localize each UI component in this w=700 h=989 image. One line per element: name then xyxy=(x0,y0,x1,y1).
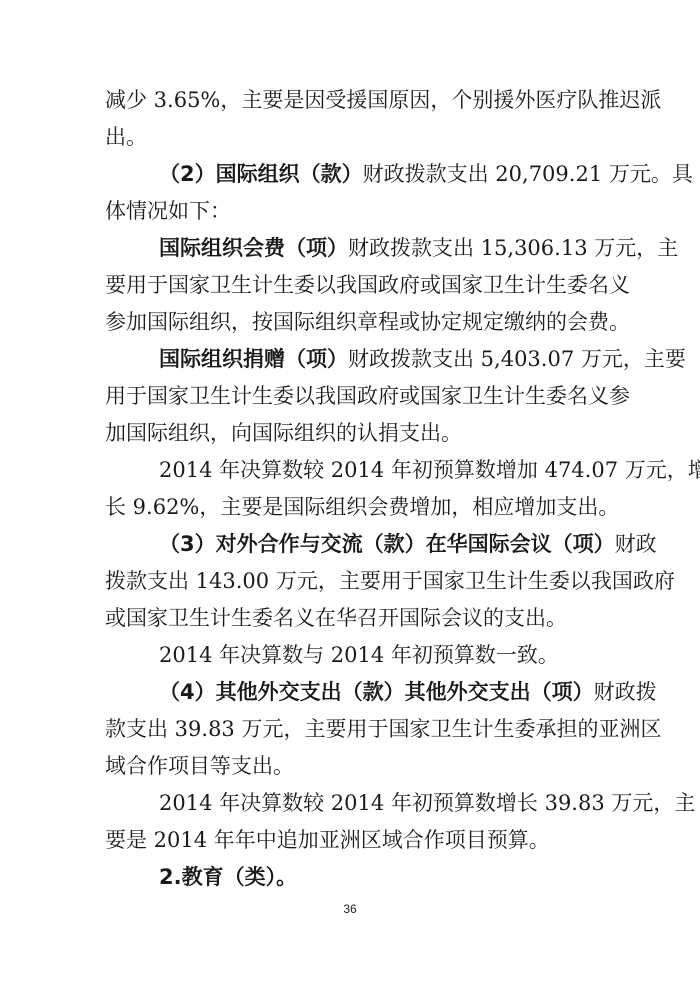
text-line: 2014 年决算数与 2014 年初预算数一致。 xyxy=(159,640,592,670)
section-heading-education: 2.教育（类）。 xyxy=(159,862,592,892)
paragraph-heading-donations: 国际组织捐赠（项）财政拨款支出 5,403.07 万元，主要 xyxy=(159,344,592,374)
text-line: 长 9.62%，主要是国际组织会费增加，相应增加支出。 xyxy=(105,492,592,522)
document-page: 减少 3.65%，主要是因受援国原因，个别援外医疗队推迟派 出。 （2）国际组织… xyxy=(0,0,700,989)
text-run: 财政拨 xyxy=(594,680,657,704)
text-line: 要是 2014 年年中追加亚洲区域合作项目预算。 xyxy=(105,825,592,855)
text-line: 2014 年决算数较 2014 年初预算数增加 474.07 万元，增 xyxy=(159,455,592,485)
text-line: 加国际组织，向国际组织的认捐支出。 xyxy=(105,418,592,448)
text-line: 2014 年决算数较 2014 年初预算数增长 39.83 万元，主 xyxy=(159,788,592,818)
text-run: 财政 xyxy=(615,532,657,556)
text-line: 要用于国家卫生计生委以我国政府或国家卫生计生委名义 xyxy=(105,270,592,300)
text-line: 款支出 39.83 万元，主要用于国家卫生计生委承担的亚洲区 xyxy=(105,714,592,744)
text-line: 出。 xyxy=(105,122,592,152)
text-line: 域合作项目等支出。 xyxy=(105,751,592,781)
paragraph-heading-other-diplomatic: （4）其他外交支出（款）其他外交支出（项）财政拨 xyxy=(159,677,592,707)
text-line: 或国家卫生计生委名义在华召开国际会议的支出。 xyxy=(105,603,592,633)
bold-heading: （4）其他外交支出（款）其他外交支出（项） xyxy=(159,680,594,704)
text-line: 减少 3.65%，主要是因受援国原因，个别援外医疗队推迟派 xyxy=(105,85,592,115)
text-line: 体情况如下： xyxy=(105,196,592,226)
text-run: 财政拨款支出 5,403.07 万元，主要 xyxy=(348,347,686,371)
text-run: 财政拨款支出 20,709.21 万元。具 xyxy=(363,162,693,186)
paragraph-heading-international-organizations: （2）国际组织（款）财政拨款支出 20,709.21 万元。具 xyxy=(159,159,592,189)
bold-heading: 国际组织捐赠（项） xyxy=(159,347,348,371)
text-line: 拨款支出 143.00 万元，主要用于国家卫生计生委以我国政府 xyxy=(105,566,592,596)
text-line: 参加国际组织，按国际组织章程或协定规定缴纳的会费。 xyxy=(105,307,592,337)
text-run: 财政拨款支出 15,306.13 万元，主 xyxy=(348,236,678,260)
bold-heading: （2）国际组织（款） xyxy=(159,162,363,186)
page-number: 36 xyxy=(0,902,700,916)
bold-heading: 2.教育（类）。 xyxy=(159,865,297,889)
paragraph-heading-international-conferences: （3）对外合作与交流（款）在华国际会议（项）财政 xyxy=(159,529,592,559)
text-line: 用于国家卫生计生委以我国政府或国家卫生计生委名义参 xyxy=(105,381,592,411)
bold-heading: （3）对外合作与交流（款）在华国际会议（项） xyxy=(159,532,615,556)
paragraph-heading-membership-fees: 国际组织会费（项）财政拨款支出 15,306.13 万元，主 xyxy=(159,233,592,263)
bold-heading: 国际组织会费（项） xyxy=(159,236,348,260)
